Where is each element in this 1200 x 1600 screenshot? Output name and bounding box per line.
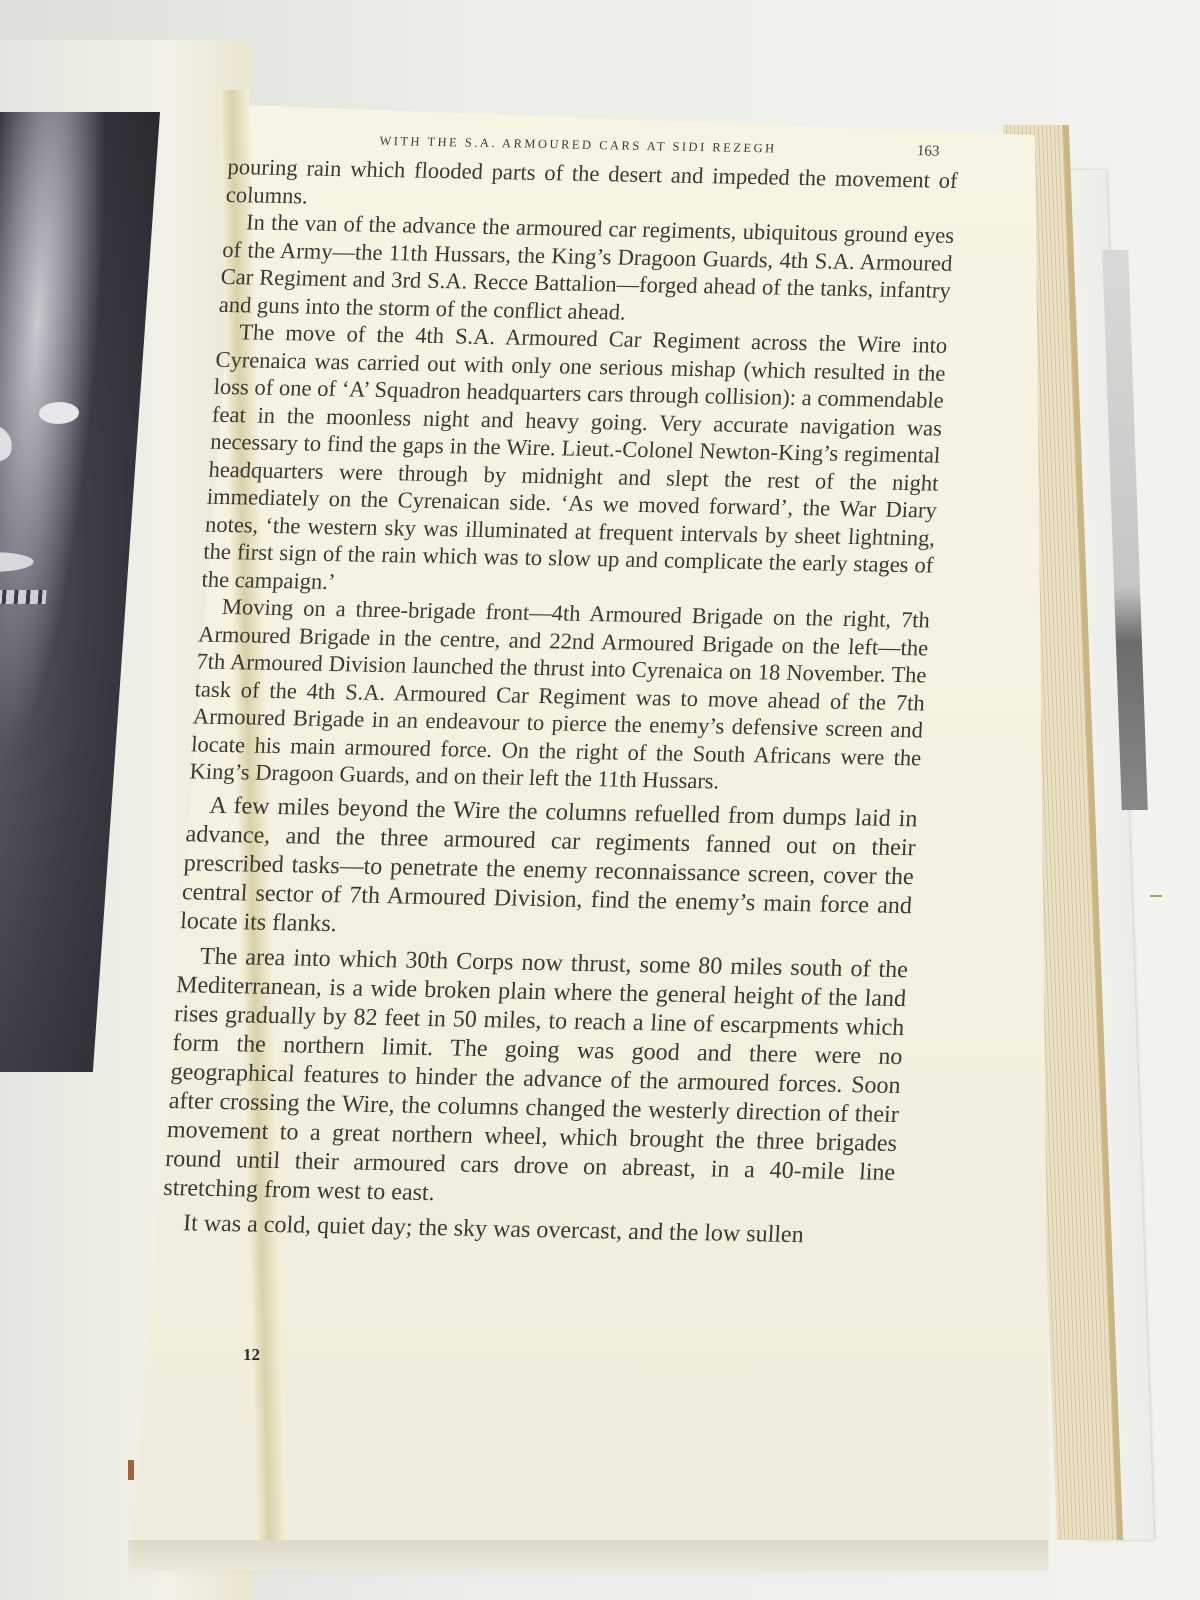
collar-badge: [38, 402, 80, 424]
binding-edge: [128, 1460, 134, 1480]
page-shadow: [128, 1540, 1048, 1580]
medal-ribbons: [0, 590, 47, 604]
dust-jacket-tear: [1150, 895, 1162, 897]
portrait-photograph: [0, 112, 160, 1072]
paragraph: In the van of the advance the armoured c…: [218, 208, 955, 332]
paragraph: The area into which 30th Corps now thrus…: [163, 942, 909, 1217]
book-photo-scene: WITH THE S.A. ARMOURED CARS AT SIDI REZE…: [0, 0, 1200, 1600]
page-text-block: WITH THE S.A. ARMOURED CARS AT SIDI REZE…: [160, 130, 960, 1251]
paragraph: The move of the 4th S.A. Armoured Car Re…: [201, 318, 948, 607]
page-number: 163: [916, 143, 940, 160]
signature-mark: 12: [243, 1345, 260, 1365]
wings-insignia: [0, 552, 34, 572]
uniform-insignia: [0, 422, 13, 462]
paragraph: A few miles beyond the Wire the columns …: [179, 791, 918, 950]
paragraph: Moving on a three-brigade front—4th Armo…: [189, 593, 931, 799]
